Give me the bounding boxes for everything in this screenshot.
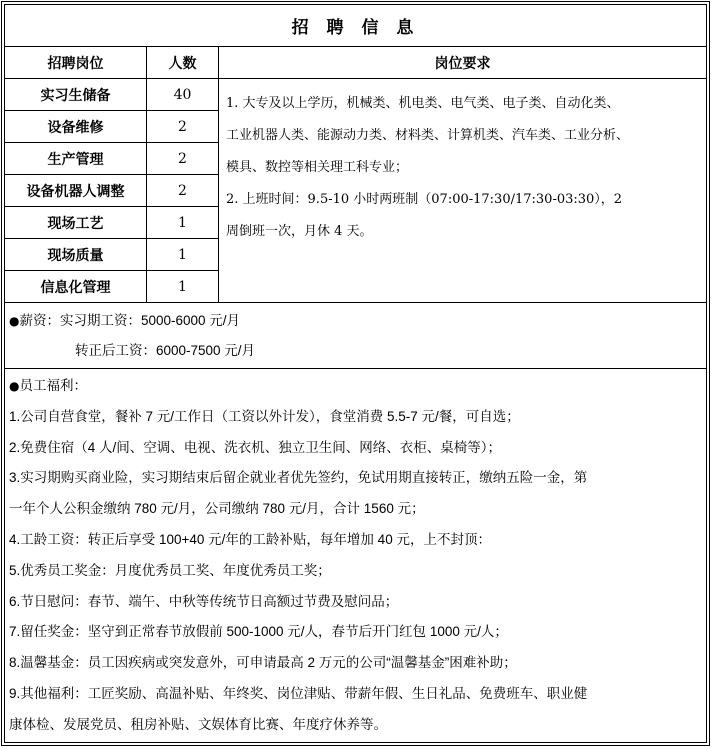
benefits-heading: ●员工福利： — [9, 371, 702, 402]
table-header-row: 招聘岗位 人数 岗位要求 — [5, 47, 706, 79]
benefit-line: 6.节日慰问：春节、端午、中秋等传统节日高额过节费及慰问品； — [9, 587, 702, 618]
position-count: 2 — [147, 175, 219, 207]
position-name: 信息化管理 — [5, 271, 147, 303]
requirement-line: 模具、数控等相关理工科专业； — [226, 152, 702, 184]
bullet-icon: ● — [9, 314, 19, 328]
bullet-icon: ● — [9, 379, 19, 393]
salary-label: 薪资： — [19, 313, 60, 328]
position-name: 设备机器人调整 — [5, 175, 147, 207]
position-name: 生产管理 — [5, 143, 147, 175]
benefit-line: 1.公司自营食堂，餐补 7 元/工作日（工资以外计发），食堂消费 5.5-7 元… — [9, 402, 702, 433]
recruitment-sheet: 招 聘 信 息 招聘岗位 人数 岗位要求 实习生储备 40 设备维修 2 生产管… — [5, 5, 706, 742]
benefits-heading-text: 员工福利： — [19, 378, 87, 393]
position-count: 2 — [147, 111, 219, 143]
salary-regular: 转正后工资：6000-7500 元/月 — [75, 343, 255, 358]
position-name: 实习生储备 — [5, 79, 147, 111]
page-title: 招 聘 信 息 — [5, 5, 706, 47]
benefit-line: 一年个人公积金缴纳 780 元/月，公司缴纳 780 元/月，合计 1560 元… — [9, 494, 702, 525]
benefit-line: 康体检、发展党员、租房补贴、文娱体育比赛、年度疗休养等。 — [9, 710, 702, 741]
position-count: 1 — [147, 271, 219, 303]
position-count: 2 — [147, 143, 219, 175]
requirement-line: 周倒班一次，月休 4 天。 — [226, 216, 702, 248]
benefit-line: 5.优秀员工奖金：月度优秀员工奖、年度优秀员工奖； — [9, 556, 702, 587]
benefit-line: 3.实习期购买商业险，实习期结束后留企就业者优先签约，免试用期直接转正，缴纳五险… — [9, 463, 702, 494]
benefit-line: 2.免费住宿（4 人/间、空调、电视、洗衣机、独立卫生间、网络、衣柜、桌椅等）； — [9, 433, 702, 464]
position-count: 1 — [147, 207, 219, 239]
header-position: 招聘岗位 — [5, 47, 147, 79]
position-name: 现场工艺 — [5, 207, 147, 239]
header-requirements: 岗位要求 — [219, 47, 706, 79]
salary-section: ●薪资：实习期工资：5000-6000 元/月 转正后工资：6000-7500 … — [5, 303, 706, 369]
requirement-line: 工业机器人类、能源动力类、材料类、计算机类、汽车类、工业分析、 — [226, 120, 702, 152]
requirement-line: 2. 上班时间：9.5-10 小时两班制（07:00-17:30/17:30-0… — [226, 184, 702, 216]
benefit-line: 8.温馨基金：员工因疾病或突发意外，可申请最高 2 万元的公司“温馨基金”困难补… — [9, 648, 702, 679]
salary-line-intern: ●薪资：实习期工资：5000-6000 元/月 — [9, 306, 706, 336]
salary-intern: 实习期工资：5000-6000 元/月 — [60, 313, 240, 328]
requirements-cell: 1. 大专及以上学历，机械类、机电类、电气类、电子类、自动化类、 工业机器人类、… — [219, 79, 706, 303]
benefit-line: 4.工龄工资：转正后享受 100+40 元/年的工龄补贴，每年增加 40 元，上… — [9, 525, 702, 556]
requirement-line: 1. 大专及以上学历，机械类、机电类、电气类、电子类、自动化类、 — [226, 88, 702, 120]
benefit-line: 9.其他福利：工匠奖励、高温补贴、年终奖、岗位津贴、带薪年假、生日礼品、免费班车… — [9, 679, 702, 710]
position-name: 现场质量 — [5, 239, 147, 271]
position-count: 1 — [147, 239, 219, 271]
benefits-section: ●员工福利： 1.公司自营食堂，餐补 7 元/工作日（工资以外计发），食堂消费 … — [5, 369, 706, 742]
benefit-line: 7.留任奖金：坚守到正常春节放假前 500-1000 元/人，春节后开门红包 1… — [9, 617, 702, 648]
position-name: 设备维修 — [5, 111, 147, 143]
header-count: 人数 — [147, 47, 219, 79]
position-count: 40 — [147, 79, 219, 111]
salary-line-regular: 转正后工资：6000-7500 元/月 — [9, 336, 706, 366]
